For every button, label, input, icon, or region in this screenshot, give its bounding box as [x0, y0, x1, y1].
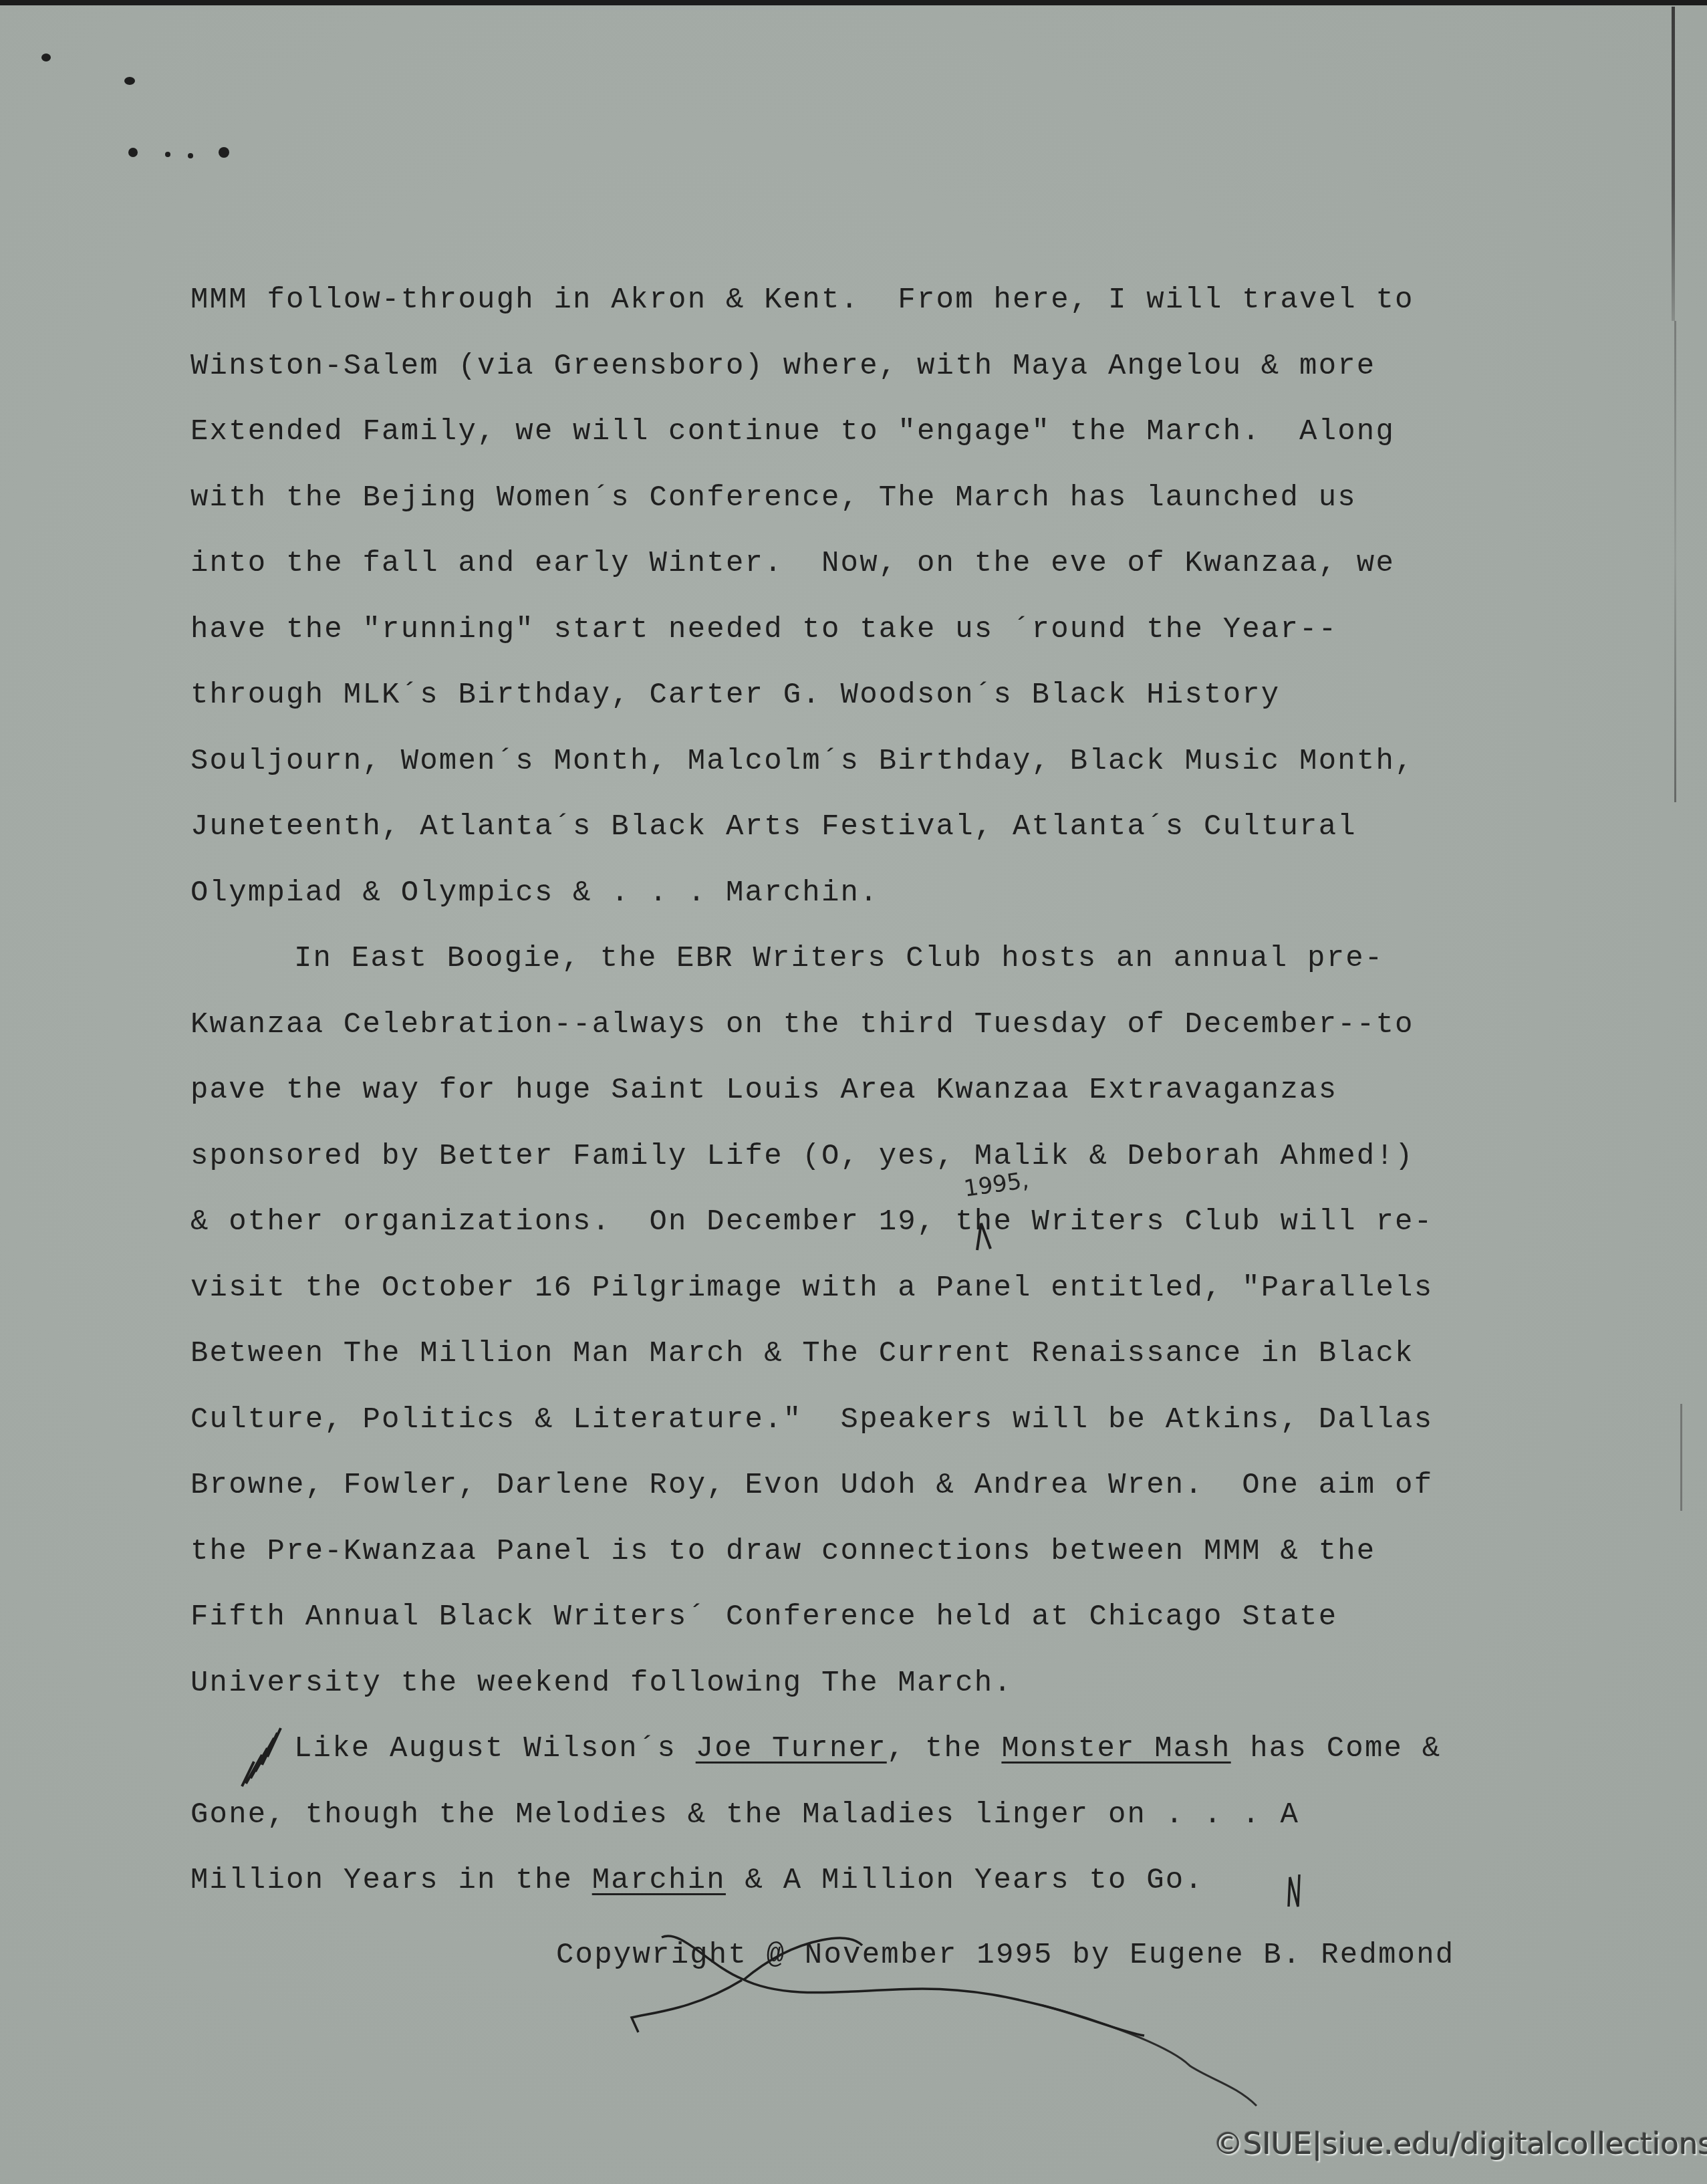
- insertion-caret-icon: [977, 1223, 991, 1250]
- handwritten-marks: [0, 0, 1707, 2184]
- scribble-mark-icon: [242, 1728, 281, 1786]
- end-mark-icon: [1289, 1874, 1299, 1907]
- watermark-credit: ©SIUE|siue.edu/digitalcollections: [1213, 2126, 1707, 2161]
- strikethrough-mark-icon: [632, 1980, 742, 2032]
- signature-tail-icon: [1043, 2006, 1257, 2106]
- strikethrough-mark-icon: [743, 1938, 862, 1980]
